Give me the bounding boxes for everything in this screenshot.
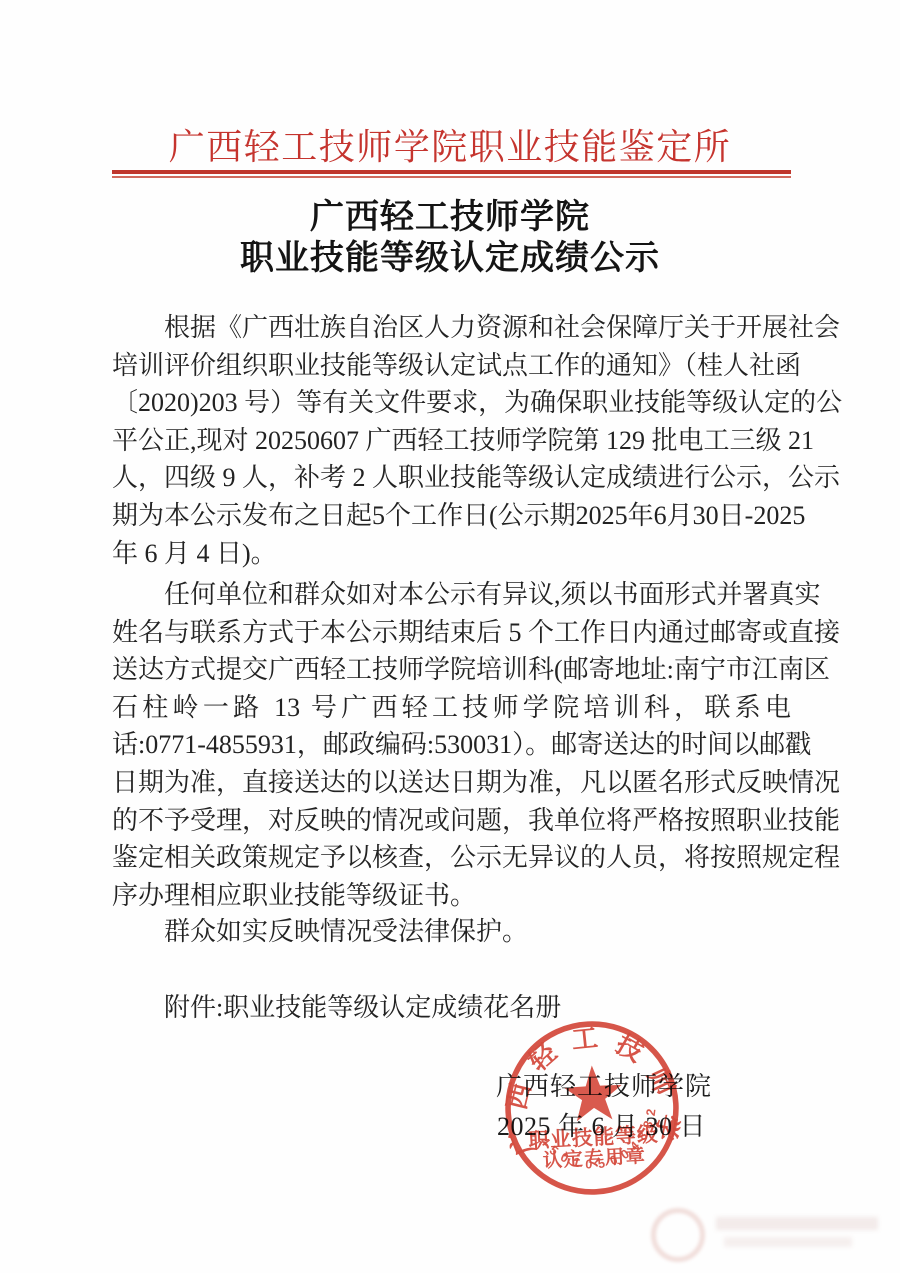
attachment-line: 附件:职业技能等级认定成绩花名册 [112, 989, 791, 1027]
body-line: 期为本公示发布之日起5个工作日(公示期2025年6月30日-2025 [112, 497, 791, 535]
masthead-rule [112, 170, 791, 178]
official-seal-stamp: 广西轻工技师学院 职业技能等级 认定专用章 4501050048821 [498, 1014, 685, 1201]
star-icon [563, 1064, 623, 1122]
body-line: 序办理相应职业技能等级证书。 [112, 877, 791, 915]
ghost-stamp-watermark [651, 1208, 705, 1262]
ghost-watermark-smudge [724, 1237, 852, 1247]
paragraph-3: 群众如实反映情况受法律保护。 [112, 913, 791, 951]
doc-title-line2: 职业技能等级认定成绩公示 [0, 238, 900, 279]
masthead-title: 广西轻工技师学院职业技能鉴定所 [0, 127, 900, 167]
body-line: 鉴定相关政策规定予以核查，公示无异议的人员，将按照规定程 [112, 839, 791, 877]
doc-title-line1: 广西轻工技师学院 [0, 197, 900, 238]
document-page: 广西轻工技师学院职业技能鉴定所 广西轻工技师学院 职业技能等级认定成绩公示 根据… [0, 0, 900, 1273]
body-line: 的不予受理，对反映的情况或问题，我单位将严格按照职业技能 [112, 802, 791, 840]
body-line: 根据《广西壮族自治区人力资源和社会保障厅关于开展社会 [112, 309, 791, 347]
body-line: 任何单位和群众如对本公示有异议,须以书面形式并署真实 [112, 576, 791, 614]
attachment-text: 附件:职业技能等级认定成绩花名册 [112, 989, 791, 1027]
paragraph-1: 根据《广西壮族自治区人力资源和社会保障厅关于开展社会 培训评价组织职业技能等级认… [112, 309, 791, 572]
body-line: 日期为准，直接送达的以送达日期为准，凡以匿名形式反映情况 [112, 764, 791, 802]
body-line: 群众如实反映情况受法律保护。 [112, 913, 791, 951]
body-line: 话:0771-4855931，邮政编码:530031）。邮寄送达的时间以邮戳 [112, 726, 791, 764]
body-line: 年 6 月 4 日)。 [112, 535, 791, 573]
body-line: 石柱岭一路 13 号广西轻工技师学院培训科，联系电 [112, 689, 791, 727]
paragraph-2: 任何单位和群众如对本公示有异议,须以书面形式并署真实 姓名与联系方式于本公示期结… [112, 576, 791, 914]
body-line: 〔2020)203 号）等有关文件要求，为确保职业技能等级认定的公 [112, 384, 791, 422]
body-line: 培训评价组织职业技能等级认定试点工作的通知》（桂人社函 [112, 347, 791, 385]
body-line: 送达方式提交广西轻工技师学院培训科(邮寄地址:南宁市江南区 [112, 651, 791, 689]
doc-title: 广西轻工技师学院 职业技能等级认定成绩公示 [0, 197, 900, 279]
body-line: 平公正,现对 20250607 广西轻工技师学院第 129 批电工三级 21 [112, 422, 791, 460]
body-line: 姓名与联系方式于本公示期结束后 5 个工作日内通过邮寄或直接 [112, 614, 791, 652]
body-line: 人，四级 9 人，补考 2 人职业技能等级认定成绩进行公示，公示 [112, 459, 791, 497]
ghost-watermark-smudge [716, 1217, 878, 1230]
